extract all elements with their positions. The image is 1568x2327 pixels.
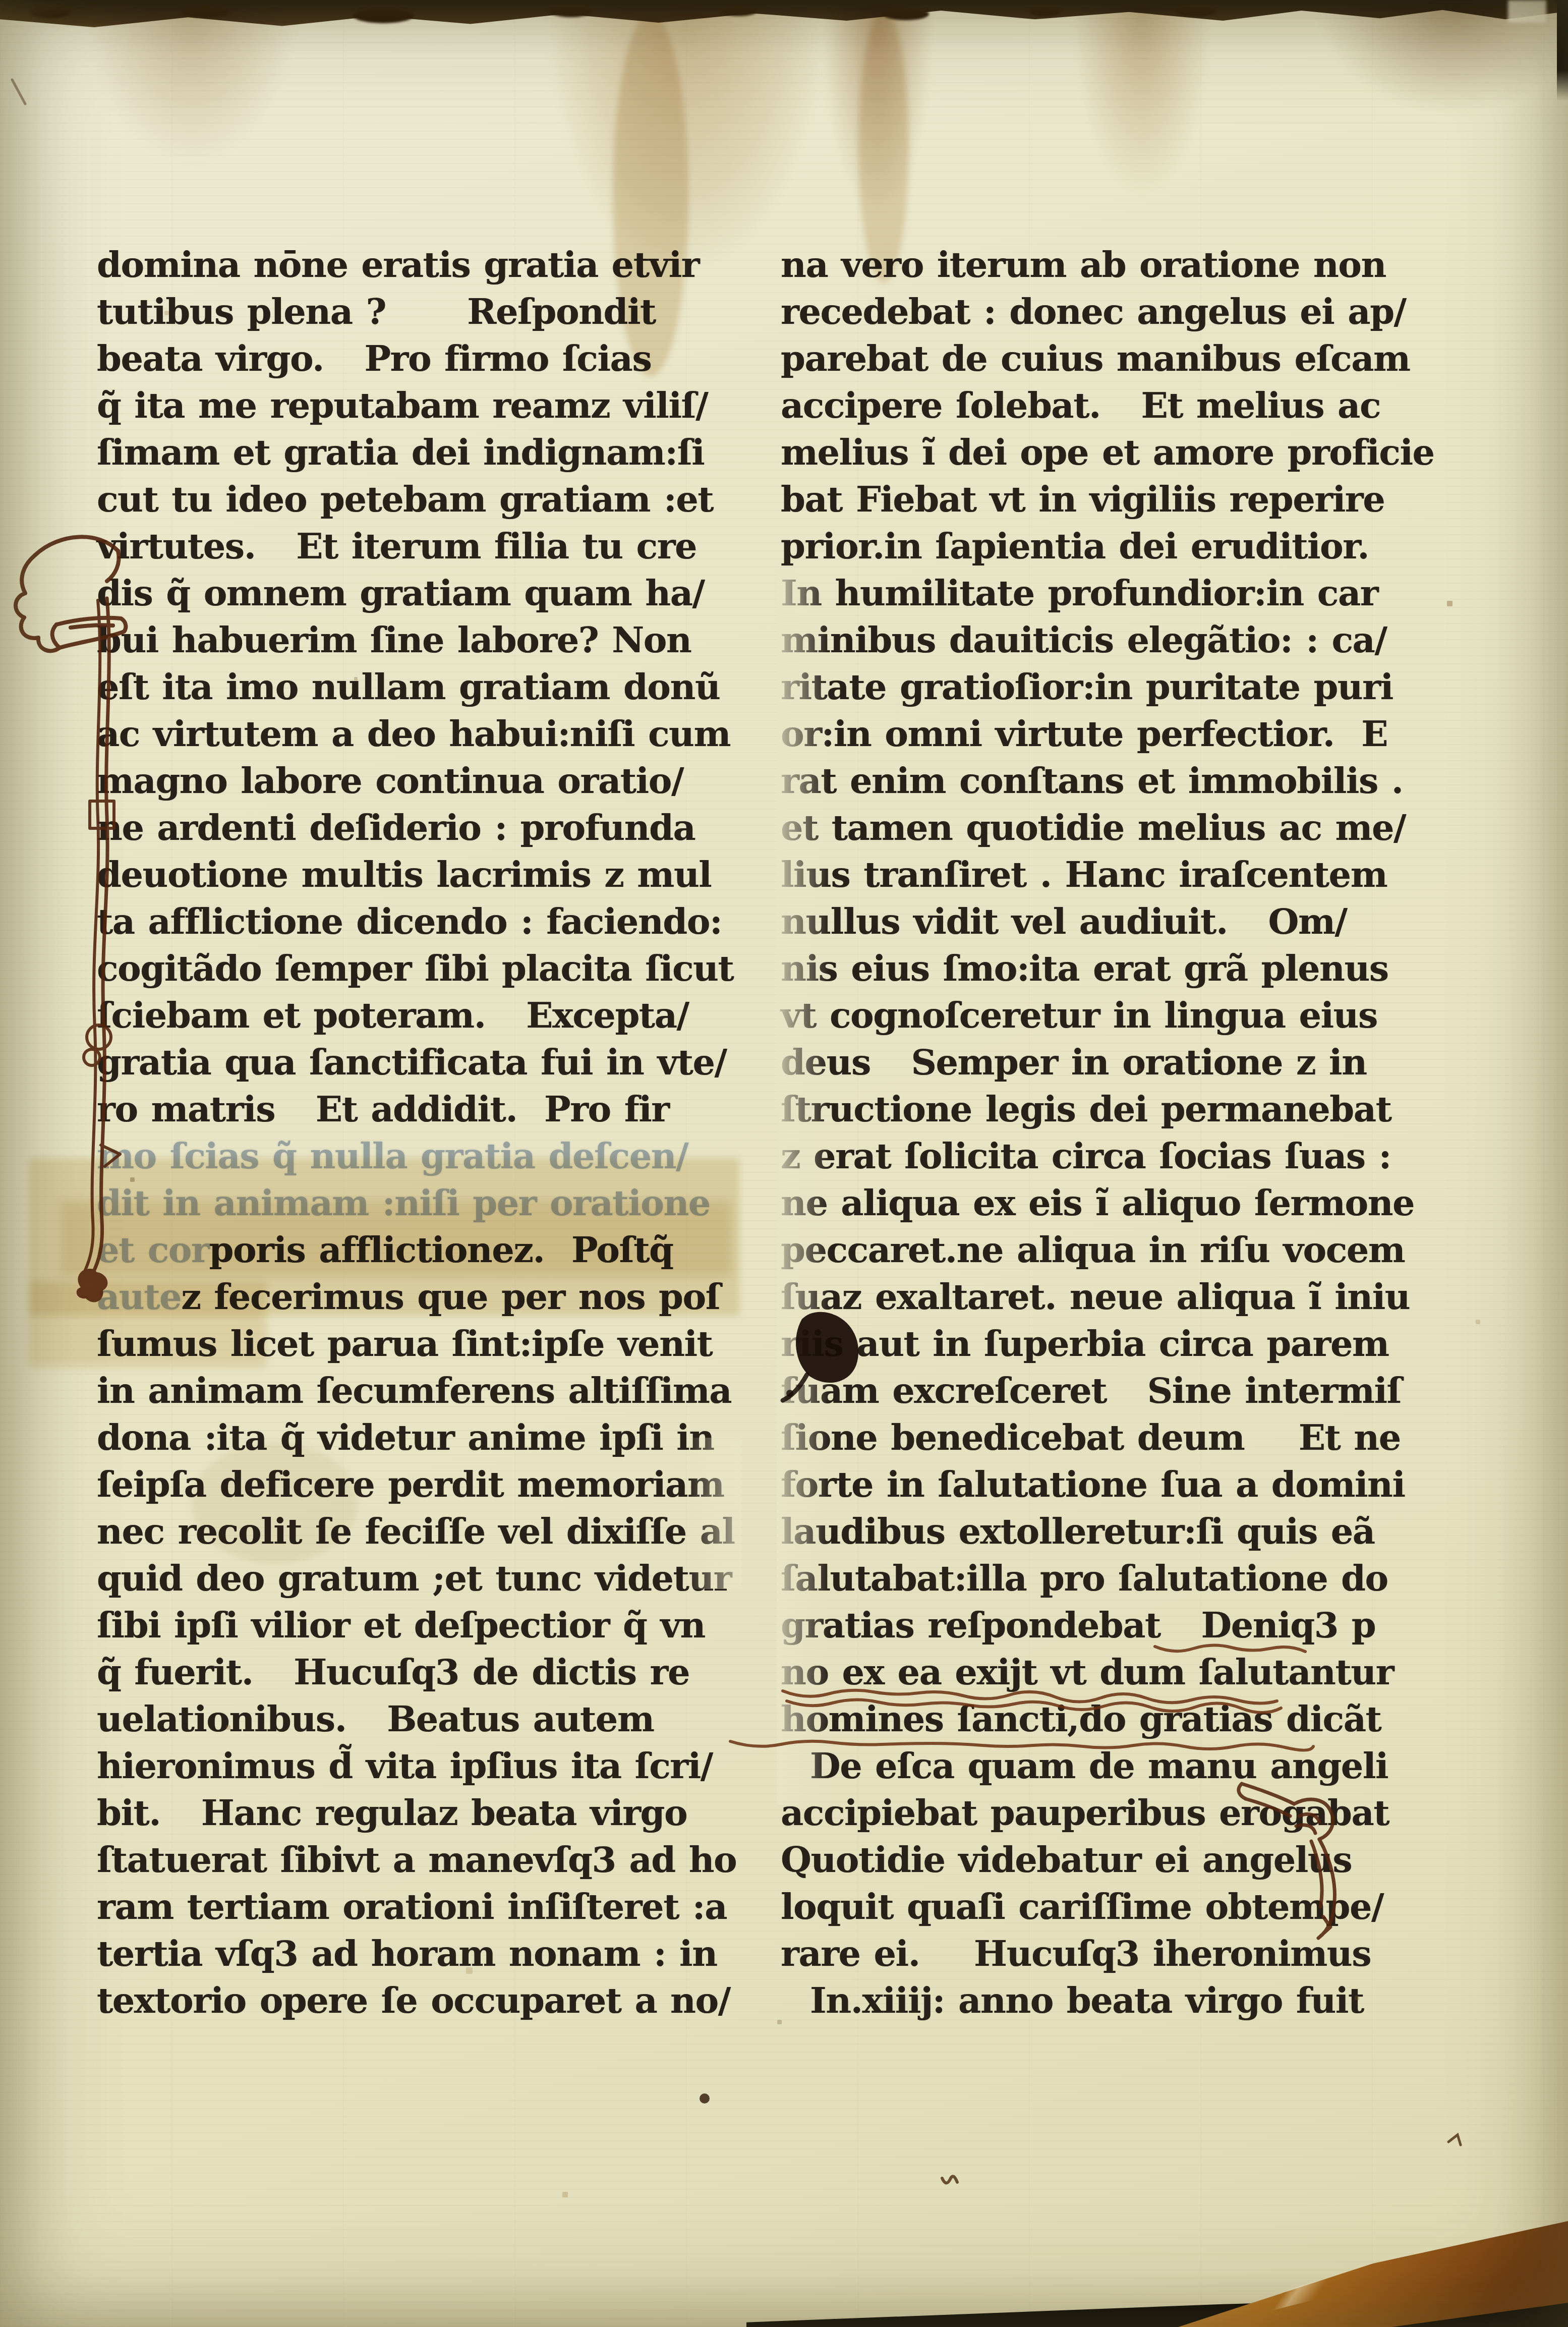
text-line-left-6: cut tu ideo petebam gratiam :et <box>97 476 736 523</box>
text-line-left-33: hieronimus d̃ vita ipſius ita ſcri/ <box>97 1742 736 1789</box>
text-line-left-17: ſciebam et poteram. Excepta/ <box>97 992 736 1039</box>
pen-stroke-top-left <box>12 80 25 104</box>
text-line-right-27: forte in ſalutatione ſua a domini <box>781 1461 1455 1508</box>
text-line-left-18: gratia qua ſanctificata fui in vte/ <box>97 1039 736 1086</box>
text-line-right-6: bat Fiebat vt in vigiliis reperire <box>781 476 1455 523</box>
water-stain <box>1281 0 1568 141</box>
text-line-left-21: dit in animam :niſi per oratione <box>97 1179 736 1226</box>
text-line-right-20: z erat ſolicita circa ſocias ſuas : <box>781 1132 1455 1179</box>
text-line-right-21: ne aliqua ex eis ĩ aliquo ſermone <box>781 1179 1455 1226</box>
text-line-left-20: mo ſcias q̃ nulla gratia deſcen/ <box>97 1132 736 1179</box>
text-line-left-19: ro matris Et addidit. Pro fir <box>97 1086 736 1132</box>
text-line-left-4: q̃ ita me reputabam reamz viliſ/ <box>97 382 736 429</box>
edge-spot <box>30 5 71 18</box>
text-segment: poris afflictionez. Poſtq̃ <box>209 1229 673 1271</box>
corner-fold-highlight <box>1104 2176 1568 2327</box>
text-line-left-1: domina nōne eratis gratia etvir <box>97 241 736 288</box>
text-line-left-7: virtutes. Et iterum filia tu cre <box>97 523 736 570</box>
text-line-left-5: ſimam et gratia dei indignam:ſi <box>97 429 736 476</box>
text-line-right-18: deus Semper in oratione z in <box>781 1039 1455 1086</box>
text-line-left-35: ſtatuerat ſibivt a manevſq3 ad ho <box>97 1836 736 1883</box>
text-column-right: na vero iterum ab oratione nonrecedebat … <box>781 241 1455 2024</box>
text-line-left-12: magno labore continua oratio/ <box>97 757 736 804</box>
text-line-right-29: ſalutabat:illa pro ſalutatione do <box>781 1555 1455 1602</box>
text-line-left-34: bit. Hanc regulaz beata virgo <box>97 1789 736 1836</box>
corner-fold <box>1104 2176 1568 2327</box>
foxing-specks <box>0 0 1 1</box>
text-line-left-27: ſeipſa deficere perdit memoriam <box>97 1461 736 1508</box>
text-line-left-23: autez fecerimus que per nos poſ <box>97 1273 736 1320</box>
darkened-top-edge <box>0 0 1568 33</box>
text-line-left-31: q̃ fuerit. Hucuſq3 de dictis re <box>97 1649 736 1695</box>
text-line-right-7: prior.in ſapientia dei eruditior. <box>781 523 1455 570</box>
text-line-right-26: ſione benedicebat deum Et ne <box>781 1414 1455 1461</box>
text-line-right-12: rat enim conſtans et immobilis . <box>781 757 1455 804</box>
text-line-right-15: nullus vidit vel audiuit. Om/ <box>781 898 1455 945</box>
text-line-right-16: nis eius ſmo:ita erat grã plenus <box>781 945 1455 992</box>
text-line-left-9: bui habuerim ſine labore? Non <box>97 616 736 663</box>
text-line-left-2: tutibus plena ? Reſpondit <box>97 288 736 335</box>
text-line-right-4: accipere ſolebat. Et melius ac <box>781 382 1455 429</box>
edge-spot <box>1029 7 1061 16</box>
text-line-left-36: ram tertiam orationi inſiſteret :a <box>97 1883 736 1930</box>
text-line-right-19: ſtructione legis dei permanebat <box>781 1086 1455 1132</box>
text-line-right-30: gratias reſpondebat Deniq3 p <box>781 1602 1455 1649</box>
text-line-left-29: quid deo gratum ;et tunc videtur <box>97 1555 736 1602</box>
text-line-right-5: melius ĩ dei ope et amore proficie <box>781 429 1455 476</box>
edge-spot <box>1175 6 1216 16</box>
scan-background-bottom-edge <box>746 2288 1568 2327</box>
manicule-curled-fingers <box>16 555 60 651</box>
deckle-edge-highlight <box>1508 0 1546 22</box>
pen-squiggle <box>942 2176 957 2183</box>
text-line-right-34: accipiebat pauperibus erogabat <box>781 1789 1455 1836</box>
text-line-left-37: tertia vſq3 ad horam nonam : in <box>97 1930 736 1977</box>
text-segment: z fecerimus que per nos poſ <box>181 1276 720 1318</box>
text-line-right-36: loquit quaſi cariſſime obtempe/ <box>781 1883 1455 1930</box>
text-line-left-16: cogitãdo ſemper ſibi placita ſicut <box>97 945 736 992</box>
text-line-right-13: et tamen quotidie melius ac me/ <box>781 804 1455 851</box>
text-line-right-11: or:in omni virtute perfectior. E <box>781 710 1455 757</box>
text-line-left-32: uelationibus. Beatus autem <box>97 1695 736 1742</box>
text-line-right-1: na vero iterum ab oratione non <box>781 241 1455 288</box>
text-line-left-22: et corporis afflictionez. Poſtq̃ <box>97 1226 736 1273</box>
scanned-book-page: domina nōne eratis gratia etvirtutibus p… <box>0 0 1568 2327</box>
text-line-right-14: lius tranſiret . Hanc iraſcentem <box>781 851 1455 898</box>
text-line-right-38: In.xiiij: anno beata virgo fuit <box>781 1977 1455 2024</box>
text-line-right-17: vt cognoſceretur in lingua eius <box>781 992 1455 1039</box>
text-line-left-8: dis q̃ omnem gratiam quam ha/ <box>97 570 736 616</box>
text-line-left-14: deuotione multis lacrimis z mul <box>97 851 736 898</box>
water-stain <box>55 3 328 235</box>
text-line-right-24: riis aut in ſuperbia circa parem <box>781 1320 1455 1367</box>
text-line-left-30: ſibi ipſi vilior et deſpectior q̃ vn <box>97 1602 736 1649</box>
text-line-right-37: rare ei. Hucuſq3 iheronimus <box>781 1930 1455 1977</box>
edge-spot <box>550 6 592 17</box>
text-line-left-3: beata virgo. Pro firmo ſcias <box>97 335 736 382</box>
scan-background-corner <box>1104 2176 1568 2327</box>
text-line-right-33: De eſca quam de manu angeli <box>781 1742 1455 1789</box>
scan-background-right-edge <box>1557 0 1568 101</box>
text-line-right-32: homines ſancti,do gratias dicãt <box>781 1695 1455 1742</box>
text-line-left-11: ac virtutem a deo habui:niſi cum <box>97 710 736 757</box>
text-column-left: domina nōne eratis gratia etvirtutibus p… <box>97 241 736 2024</box>
text-line-left-15: ta afflictione dicendo : faciendo: <box>97 898 736 945</box>
edge-spot <box>182 7 230 17</box>
text-line-left-26: dona :ita q̃ videtur anime ipſi in <box>97 1414 736 1461</box>
text-line-right-25: ſuam excreſceret Sine intermiſ <box>781 1367 1455 1414</box>
text-line-right-31: no ex ea exijt vt dum ſalutantur <box>781 1649 1455 1695</box>
text-line-right-9: minibus dauiticis elegãtio: : ca/ <box>781 616 1455 663</box>
text-line-left-28: nec recolit ſe feciſſe vel dixiſſe al <box>97 1508 736 1555</box>
text-segment: et cor <box>97 1229 209 1271</box>
text-line-right-3: parebat de cuius manibus eſcam <box>781 335 1455 382</box>
edge-spot <box>353 8 414 23</box>
text-line-right-2: recedebat : donec angelus ei ap/ <box>781 288 1455 335</box>
text-line-left-25: in animam ſecumferens altiſſima <box>97 1367 736 1414</box>
edge-spot <box>883 8 929 20</box>
ink-dot <box>700 2093 710 2104</box>
edge-spot <box>721 7 757 16</box>
curled-corner <box>1104 2176 1568 2327</box>
text-line-right-35: Quotidie videbatur ei angelus <box>781 1836 1455 1883</box>
text-line-left-10: eſt ita imo nullam gratiam donũ <box>97 663 736 710</box>
text-line-right-23: ſuaz exaltaret. neue aliqua ĩ iniu <box>781 1273 1455 1320</box>
pen-check <box>1448 2135 1461 2145</box>
text-line-right-28: laudibus extolleretur:ſi quis eã <box>781 1508 1455 1555</box>
text-segment: aute <box>97 1276 181 1318</box>
text-line-right-8: In humilitate profundior:in car <box>781 570 1455 616</box>
text-line-left-13: ne ardenti deſiderio : profunda <box>97 804 736 851</box>
text-line-left-24: ſumus licet parua ſint:ipſe venit <box>97 1320 736 1367</box>
text-line-left-38: textorio opere ſe occuparet a no/ <box>97 1977 736 2024</box>
text-line-right-10: ritate gratioſior:in puritate puri <box>781 663 1455 710</box>
text-line-right-22: peccaret.ne aliqua in riſu vocem <box>781 1226 1455 1273</box>
